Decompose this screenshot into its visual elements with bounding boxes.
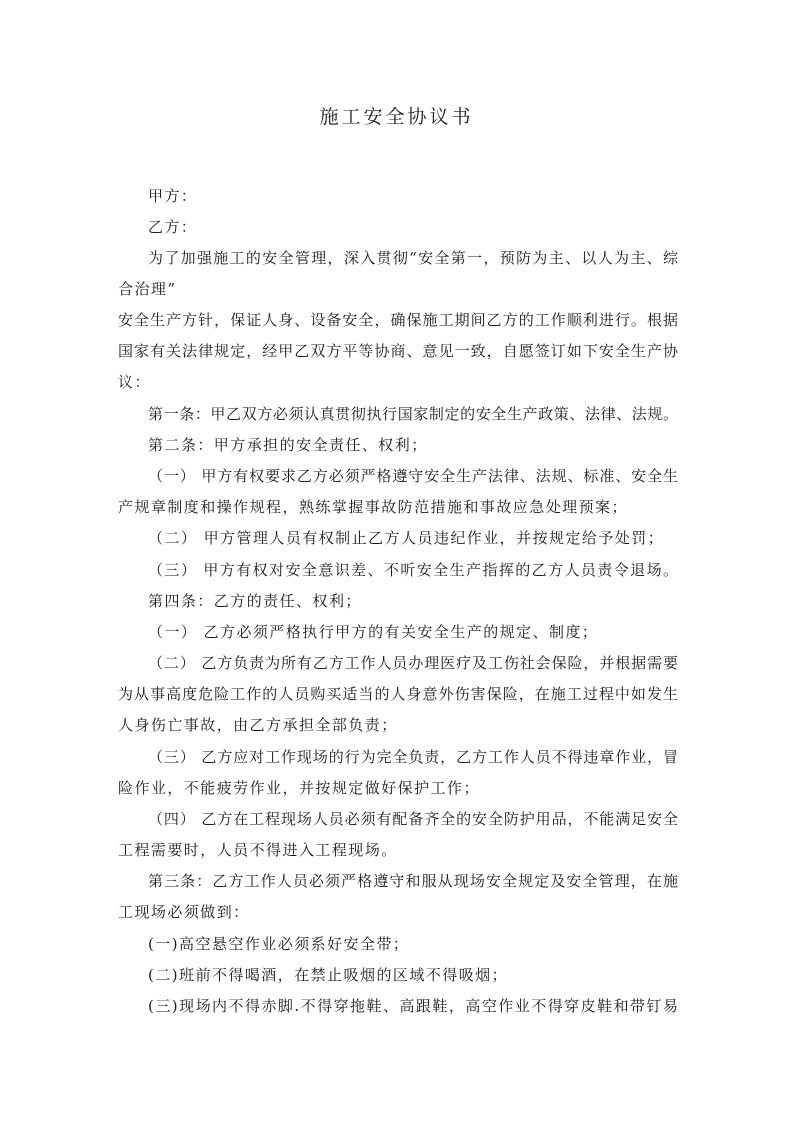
article-3-item-1: (一)高空悬空作业必须系好安全带； <box>148 934 678 954</box>
article-2-item-1-line-2: 产规章制度和操作规程，熟练掌握事故防范措施和事故应急处理预案； <box>118 497 678 517</box>
article-4-item-2-line-3: 人身伤亡事故，由乙方承担全部负责； <box>118 715 678 735</box>
article-3-line-2: 工现场必须做到： <box>118 902 678 922</box>
preamble-line-2: 合治理” <box>118 279 678 299</box>
party-a-line: 甲方： <box>148 186 678 206</box>
article-3-line-1: 第三条：乙方工作人员必须严格遵守和服从现场安全规定及安全管理，在施 <box>148 871 678 891</box>
article-4-item-1: （一） 乙方必须严格执行甲方的有关安全生产的规定、制度； <box>148 622 678 642</box>
article-1: 第一条：甲乙双方必须认真贯彻执行国家制定的安全生产政策、法律、法规。 <box>148 404 678 424</box>
article-4-item-3-line-2: 险作业，不能疲劳作业，并按规定做好保护工作； <box>118 778 678 798</box>
article-2-item-1-line-1: （一） 甲方有权要求乙方必须严格遵守安全生产法律、法规、标准、安全生 <box>148 466 678 486</box>
preamble-line-5: 议： <box>118 372 678 392</box>
document-page: 施工安全协议书 甲方： 乙方： 为了加强施工的安全管理，深入贯彻“安全第一，预防… <box>0 0 793 1122</box>
article-4-item-4-line-1: （四） 乙方在工程现场人员必须有配备齐全的安全防护用品，不能满足安全 <box>148 809 678 829</box>
preamble-line-3: 安全生产方针，保证人身、设备安全，确保施工期间乙方的工作顺利进行。根据 <box>118 310 678 330</box>
preamble-line-4: 国家有关法律规定，经甲乙双方平等协商、意见一致，自愿签订如下安全生产协 <box>118 341 678 361</box>
document-title: 施工安全协议书 <box>0 104 793 130</box>
article-4-heading: 第四条：乙方的责任、权利； <box>148 591 678 611</box>
article-2-item-3: （三） 甲方有权对安全意识差、不听安全生产指挥的乙方人员责令退场。 <box>148 560 678 580</box>
article-4-item-4-line-2: 工程需要时，人员不得进入工程现场。 <box>118 840 678 860</box>
article-2-heading: 第二条：甲方承担的安全责任、权利； <box>148 435 678 455</box>
article-4-item-2-line-1: （二） 乙方负责为所有乙方工作人员办理医疗及工伤社会保险，并根据需要 <box>148 653 678 673</box>
article-4-item-2-line-2: 为从事高度危险工作的人员购买适当的人身意外伤害保险，在施工过程中如发生 <box>118 684 678 704</box>
article-3-item-2: (二)班前不得喝酒，在禁止吸烟的区域不得吸烟； <box>148 965 678 985</box>
party-b-line: 乙方： <box>148 217 678 237</box>
article-3-item-3: (三)现场内不得赤脚.不得穿拖鞋、高跟鞋，高空作业不得穿皮鞋和带钉易 <box>148 996 678 1016</box>
article-4-item-3-line-1: （三） 乙方应对工作现场的行为完全负责，乙方工作人员不得违章作业，冒 <box>148 747 678 767</box>
article-2-item-2: （二） 甲方管理人员有权制止乙方人员违纪作业，并按规定给予处罚； <box>148 528 678 548</box>
preamble-line-1: 为了加强施工的安全管理，深入贯彻“安全第一，预防为主、以人为主、综 <box>148 248 678 268</box>
